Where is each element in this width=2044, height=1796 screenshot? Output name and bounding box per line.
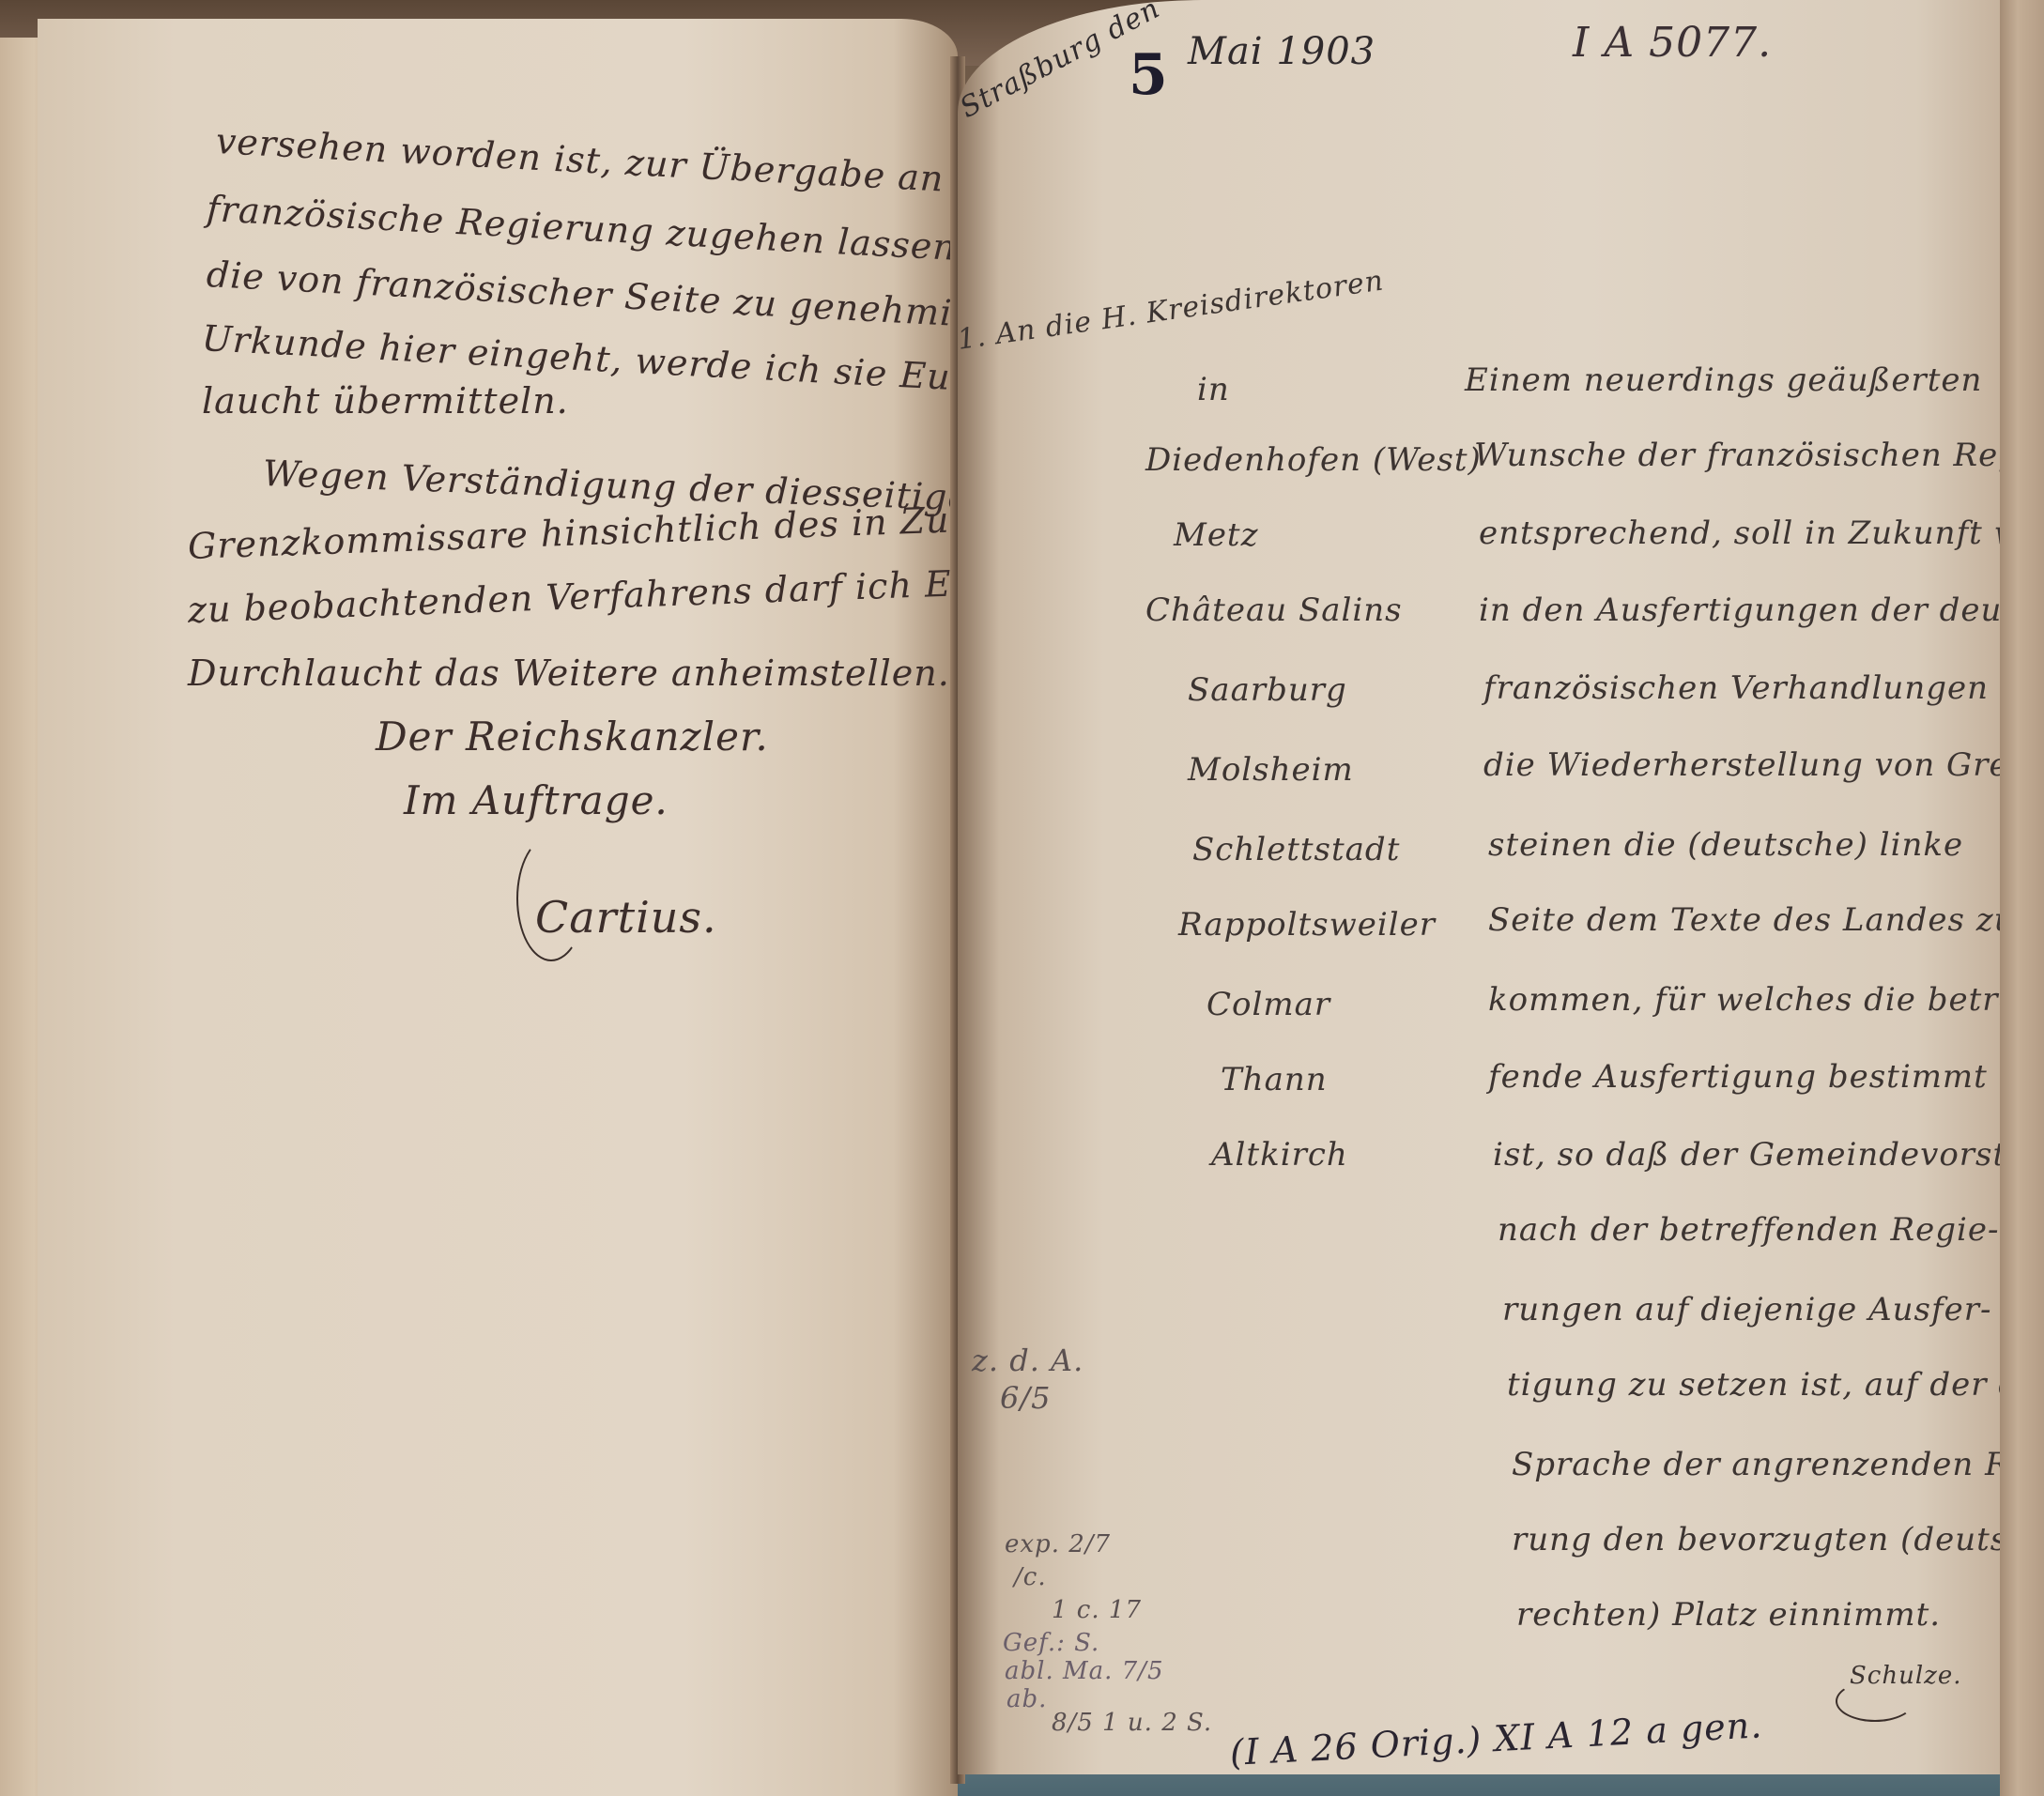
body-line-14: tigung zu setzen ist, auf der die: [1507, 1366, 2044, 1404]
footer-reference: (I A 26 Orig.) XI A 12 a gen.: [1229, 1704, 1763, 1773]
left-line-7: Grenzkommissare hinsichtlich des in Zuku…: [187, 496, 1050, 567]
body-line-8: Seite dem Texte des Landes zu-: [1488, 901, 2027, 939]
left-line-9: Durchlaucht das Weitere anheimstellen.: [188, 652, 950, 694]
body-line-3: entsprechend, soll in Zukunft wieder: [1479, 514, 2044, 552]
place-4: Saarburg: [1188, 671, 1347, 709]
marginal-note-exp-2: /c.: [1014, 1563, 1047, 1591]
left-line-8: zu beobachtenden Verfahrens darf ich Eue…: [187, 560, 1056, 631]
place-3: Château Salins: [1145, 591, 1403, 629]
body-line-12: nach der betreffenden Regie-: [1498, 1211, 2000, 1249]
body-line-13: rungen auf diejenige Ausfer-: [1502, 1291, 1991, 1328]
body-line-10: fende Ausfertigung bestimmt: [1488, 1058, 1988, 1096]
body-line-4: in den Ausfertigungen der deutsch-: [1479, 591, 2044, 629]
marginal-note-exp-3: 1 c. 17: [1052, 1596, 1142, 1624]
body-line-7: steinen die (deutsche) linke: [1488, 826, 1963, 864]
place-2: Metz: [1174, 516, 1259, 554]
marginal-note-zda: z. d. A.: [972, 1343, 1083, 1378]
initials-flourish: [1836, 1681, 1914, 1722]
place-7: Rappoltsweiler: [1178, 906, 1436, 944]
place-8: Colmar: [1206, 986, 1330, 1023]
body-line-5: französischen Verhandlungen über: [1483, 669, 2044, 707]
header-month-year: Mai 1903: [1188, 30, 1375, 73]
addressee-line: 1. An die H. Kreisdirektoren: [956, 264, 1387, 356]
marginal-note-gef: Gef.: S.: [1003, 1629, 1099, 1657]
marginal-note-ab: ab.: [1007, 1685, 1047, 1713]
closing-office: Der Reichskanzler.: [376, 714, 769, 760]
marginal-note-zda-date: 6/5: [1000, 1380, 1052, 1416]
body-line-17: rechten) Platz einnimmt.: [1516, 1596, 1941, 1634]
body-line-15: Sprache der angrenzenden Regie-: [1512, 1446, 2044, 1483]
body-line-6: die Wiederherstellung von Grenz-: [1483, 746, 2044, 784]
body-line-2: Wunsche der französischen Regierung: [1474, 437, 2044, 474]
place-10: Altkirch: [1211, 1136, 1348, 1174]
header-day: 5: [1129, 42, 1169, 108]
closing-on-behalf: Im Auftrage.: [404, 777, 669, 823]
place-9: Thann: [1221, 1061, 1328, 1098]
body-line-16: rung den bevorzugten (deutsch-: [1512, 1521, 2044, 1558]
left-line-1: versehen worden ist, zur Übergabe an die: [215, 120, 1016, 204]
journal-number: I A 5077.: [1573, 19, 1772, 67]
marginal-note-exp: exp. 2/7: [1005, 1530, 1111, 1558]
right-page: Straßburg den 5 Mai 1903 I A 5077. 1. An…: [958, 0, 2000, 1774]
signature-flourish: [516, 836, 586, 961]
marginal-note-abl: abl. Ma. 7/5: [1005, 1657, 1164, 1685]
body-line-1: Einem neuerdings geäußerten: [1465, 361, 1982, 399]
place-6: Schlettstadt: [1192, 831, 1400, 868]
body-line-9: kommen, für welches die betref-: [1488, 981, 2042, 1019]
left-page: versehen worden ist, zur Übergabe an die…: [38, 19, 958, 1796]
place-5: Molsheim: [1188, 751, 1354, 789]
page-stack-right: [2000, 0, 2044, 1796]
left-line-5: laucht übermitteln.: [202, 380, 569, 422]
marginal-note-date-final: 8/5 1 u. 2 S.: [1052, 1709, 1212, 1737]
body-line-11: ist, so daß der Gemeindevorsteher: [1493, 1136, 2044, 1174]
place-1: Diedenhofen (West): [1145, 441, 1482, 479]
addressee-in: in: [1197, 371, 1230, 408]
